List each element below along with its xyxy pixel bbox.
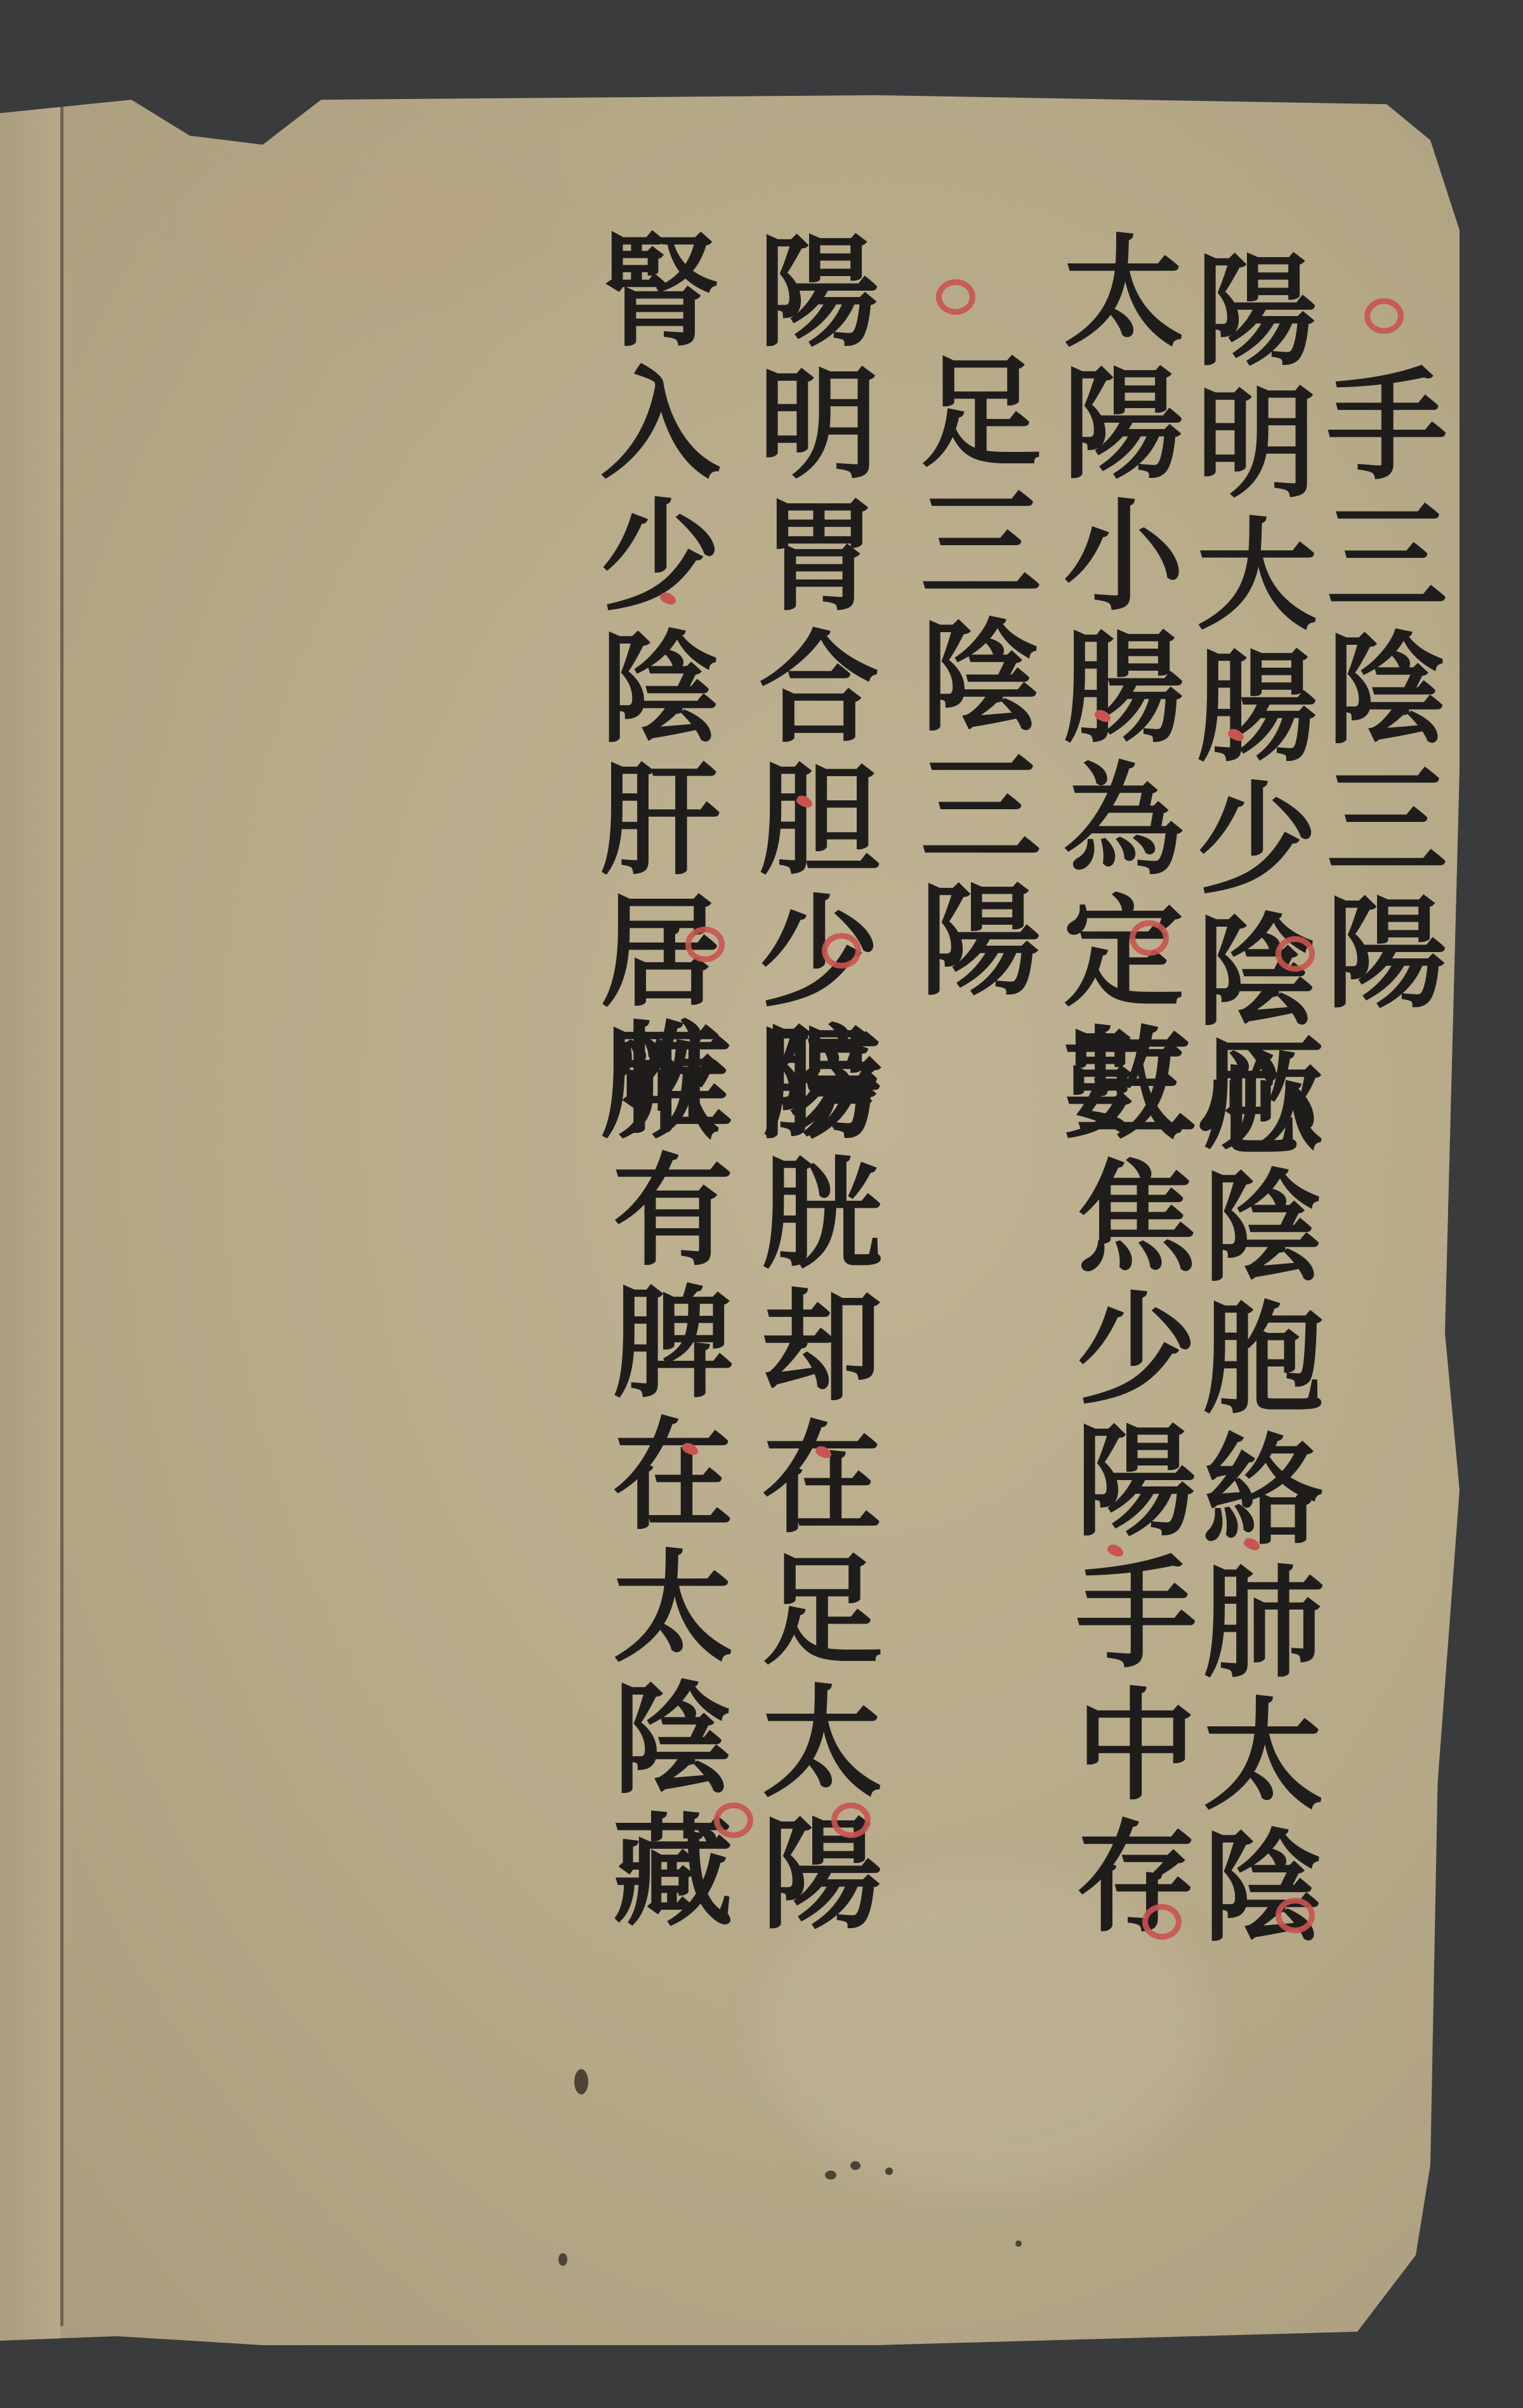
text-column-3-lower: 三焦少陽手中存 <box>1066 1022 1187 1946</box>
text-column-4-upper: 足三陰三陽 <box>911 349 1031 1009</box>
text-column-5-upper: 陽明胃合胆少陽 <box>749 228 869 1153</box>
text-column-6-upper: 腎入少陰肝居厥 <box>590 228 711 1153</box>
red-circle-marker <box>685 927 725 962</box>
water-stain <box>190 146 571 305</box>
ink-speck <box>850 2161 860 2170</box>
red-circle-marker <box>936 279 975 315</box>
text-column-6-lower: 惟有脾在太陰藏 <box>603 1015 723 1940</box>
spine-fold <box>60 95 63 2326</box>
ink-speck <box>825 2171 836 2180</box>
red-circle-marker <box>831 1803 871 1838</box>
red-circle-marker <box>822 933 861 969</box>
manuscript-page: 手三陰三陽 陽明大腸少陰心 厥陰胞絡肺太陰 太陽小腸為定數 三焦少陽手中存 足三… <box>0 95 1460 2345</box>
ink-speck <box>558 2253 567 2266</box>
red-circle-marker <box>1276 936 1315 972</box>
ink-speck <box>1015 2240 1022 2247</box>
ink-speck <box>574 2069 588 2094</box>
left-leaf-edge <box>0 95 60 2345</box>
text-column-1-upper: 手三陰三陽 <box>1317 362 1437 1022</box>
ink-speck <box>885 2167 893 2175</box>
text-column-3-upper: 太陽小腸為定數 <box>1053 228 1174 1153</box>
red-circle-marker <box>1130 920 1169 956</box>
red-circle-marker <box>1364 298 1404 334</box>
red-circle-marker <box>1276 1898 1315 1933</box>
red-circle-marker <box>714 1803 753 1838</box>
red-circle-marker <box>1142 1904 1182 1940</box>
text-column-2-lower: 厥陰胞絡肺太陰 <box>1193 1031 1314 1955</box>
